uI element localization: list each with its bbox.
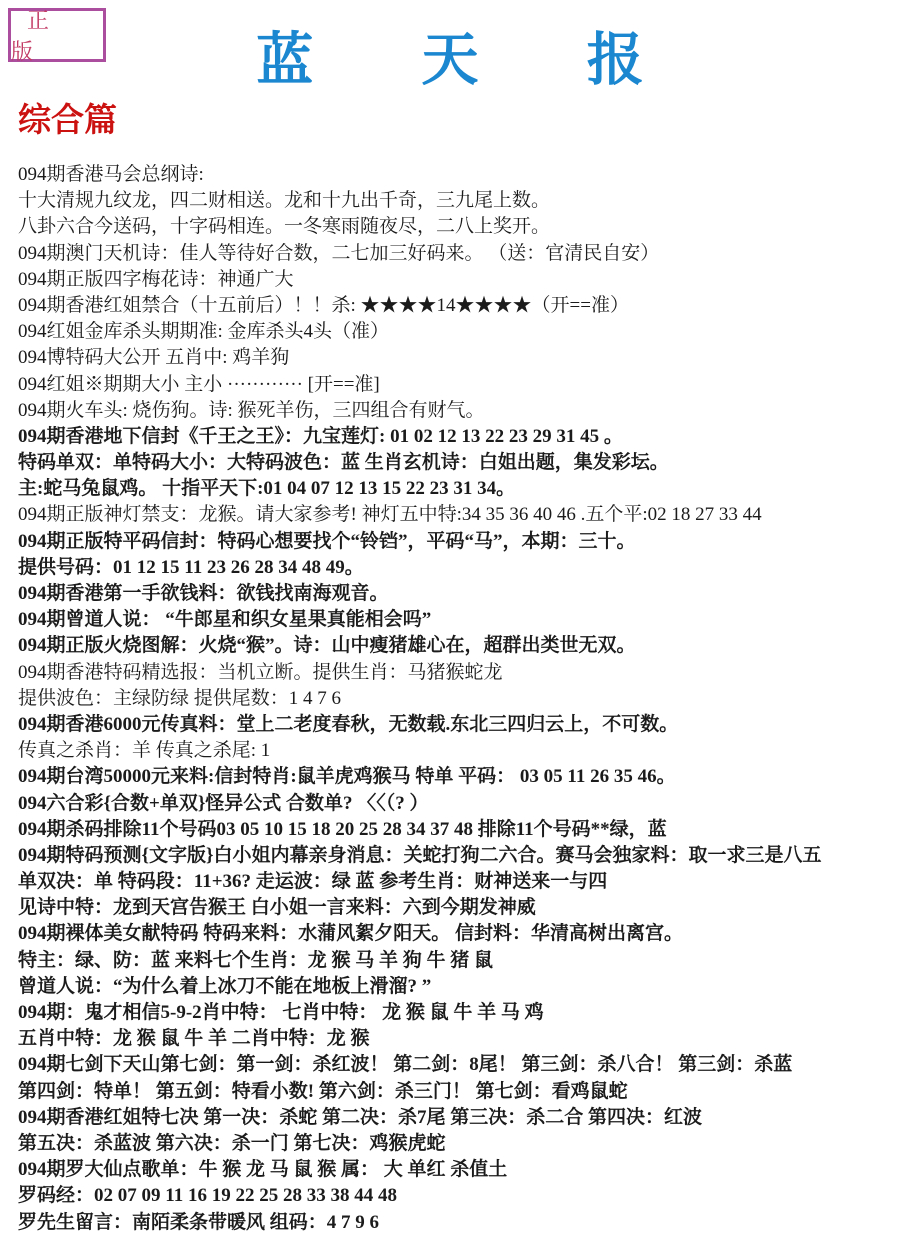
text-line: 094期香港马会总纲诗: [18,162,896,188]
text-line: 五肖中特：龙 猴 鼠 牛 羊 二肖中特：龙 猴 [18,1026,896,1052]
text-line: 主:蛇马兔鼠鸡。 十指平天下:01 04 07 12 13 15 22 23 3… [18,476,896,502]
text-line: 罗码经：02 07 09 11 16 19 22 25 28 33 38 44 … [18,1183,896,1209]
text-line: 094期香港特码精选报：当机立断。提供生肖：马猪猴蛇龙 [18,660,896,686]
text-line: 094红姐※期期大小 主小 ············ [开==准] [18,372,896,398]
text-line: 094期火车头: 烧伤狗。诗: 猴死羊伤，三四组合有财气。 [18,398,896,424]
text-line: 094期裸体美女献特码 特码来料：水蒲风絮夕阳天。 信封料：华清高树出离宫。 [18,921,896,947]
text-line: 单双决：单 特码段：11+36? 走运波：绿 蓝 参考生肖：财神送来一与四 [18,869,896,895]
text-line: 094期正版火烧图解：火烧“猴”。诗：山中瘦猪雄心在，超群出类世无双。 [18,633,896,659]
text-line: 094期正版特平码信封：特码心想要找个“铃铛”，平码“马”，本期：三十。 [18,529,896,555]
text-line: 094博特码大公开 五肖中: 鸡羊狗 [18,345,896,371]
page-title: 蓝 天 报 [0,14,900,96]
section-title: 综合篇 [18,94,117,141]
text-line: 094期罗大仙点歌单：牛 猴 龙 马 鼠 猴 属： 大 单红 杀值土 [18,1157,896,1183]
text-line: 094期香港地下信封《千王之王》：九宝莲灯: 01 02 12 13 22 23… [18,424,896,450]
text-line: 传真之杀肖：羊 传真之杀尾: 1 [18,738,896,764]
text-line: 094期正版四字梅花诗：神通广大 [18,267,896,293]
text-line: 094期香港6000元传真料：堂上二老度春秋，无数载.东北三四归云上，不可数。 [18,712,896,738]
text-line: 提供号码：01 12 15 11 23 26 28 34 48 49。 [18,555,896,581]
text-line: 见诗中特：龙到天宫告猴王 白小姐一言来料：六到今期发神威 [18,895,896,921]
text-line: 曾道人说：“为什么着上冰刀不能在地板上滑溜? ” [18,974,896,1000]
text-line: 094期香港第一手欲钱料：欲钱找南海观音。 [18,581,896,607]
text-line: 八卦六合今送码，十字码相连。一冬寒雨随夜尽，二八上奖开。 [18,214,896,240]
text-line: 特码单双：单特码大小：大特码波色：蓝 生肖玄机诗：白姐出题，集发彩坛。 [18,450,896,476]
text-line: 094六合彩{合数+单双}怪异公式 合数单? 〈〈（? ） [18,791,896,817]
text-line: 094期曾道人说： “牛郎星和织女星果真能相会吗” [18,607,896,633]
text-line: 094期香港红姐特七决 第一决：杀蛇 第二决：杀7尾 第三决：杀二合 第四决：红… [18,1105,896,1131]
text-line: 094期七剑下天山第七剑：第一剑：杀红波！ 第二剑：8尾！ 第三剑：杀八合！ 第… [18,1052,896,1078]
text-line: 094期正版神灯禁支：龙猴。请大家参考! 神灯五中特:34 35 36 40 4… [18,502,896,528]
tips-text-block: 094期香港马会总纲诗: 十大清规九纹龙，四二财相送。龙和十九出千奇，三九尾上数… [18,162,896,1236]
text-line: 罗先生留言：南陌柔条带暖风 组码：4 7 9 6 [18,1210,896,1236]
text-line: 提供波色：主绿防绿 提供尾数：1 4 7 6 [18,686,896,712]
text-line: 第五决：杀蓝波 第六决：杀一门 第七决：鸡猴虎蛇 [18,1131,896,1157]
text-line: 094期杀码排除11个号码03 05 10 15 18 20 25 28 34 … [18,817,896,843]
text-line: 特主：绿、防：蓝 来料七个生肖：龙 猴 马 羊 狗 牛 猪 鼠 [18,948,896,974]
text-line: 094期：鬼才相信5-9-2肖中特： 七肖中特： 龙 猴 鼠 牛 羊 马 鸡 [18,1000,896,1026]
text-line: 094期香港红姐禁合（十五前后）！！杀: ★★★★14★★★★（开==准） [18,293,896,319]
text-line: 094期澳门天机诗：佳人等待好合数，二七加三好码来。 （送：官清民自安） [18,241,896,267]
text-line: 十大清规九纹龙，四二财相送。龙和十九出千奇，三九尾上数。 [18,188,896,214]
text-line: 094期台湾50000元来料:信封特肖:鼠羊虎鸡猴马 特单 平码： 03 05 … [18,764,896,790]
text-line: 094红姐金库杀头期期准: 金库杀头4头（准） [18,319,896,345]
text-line: 094期特码预测{文字版}白小姐内幕亲身消息：关蛇打狗二六合。赛马会独家料：取一… [18,843,896,869]
newspaper-page: 正 版 蓝 天 报 综合篇 094期香港马会总纲诗: 十大清规九纹龙，四二财相送… [0,0,900,1243]
text-line: 第四剑：特单！ 第五剑：特看小数! 第六剑：杀三门！ 第七剑：看鸡鼠蛇 [18,1079,896,1105]
